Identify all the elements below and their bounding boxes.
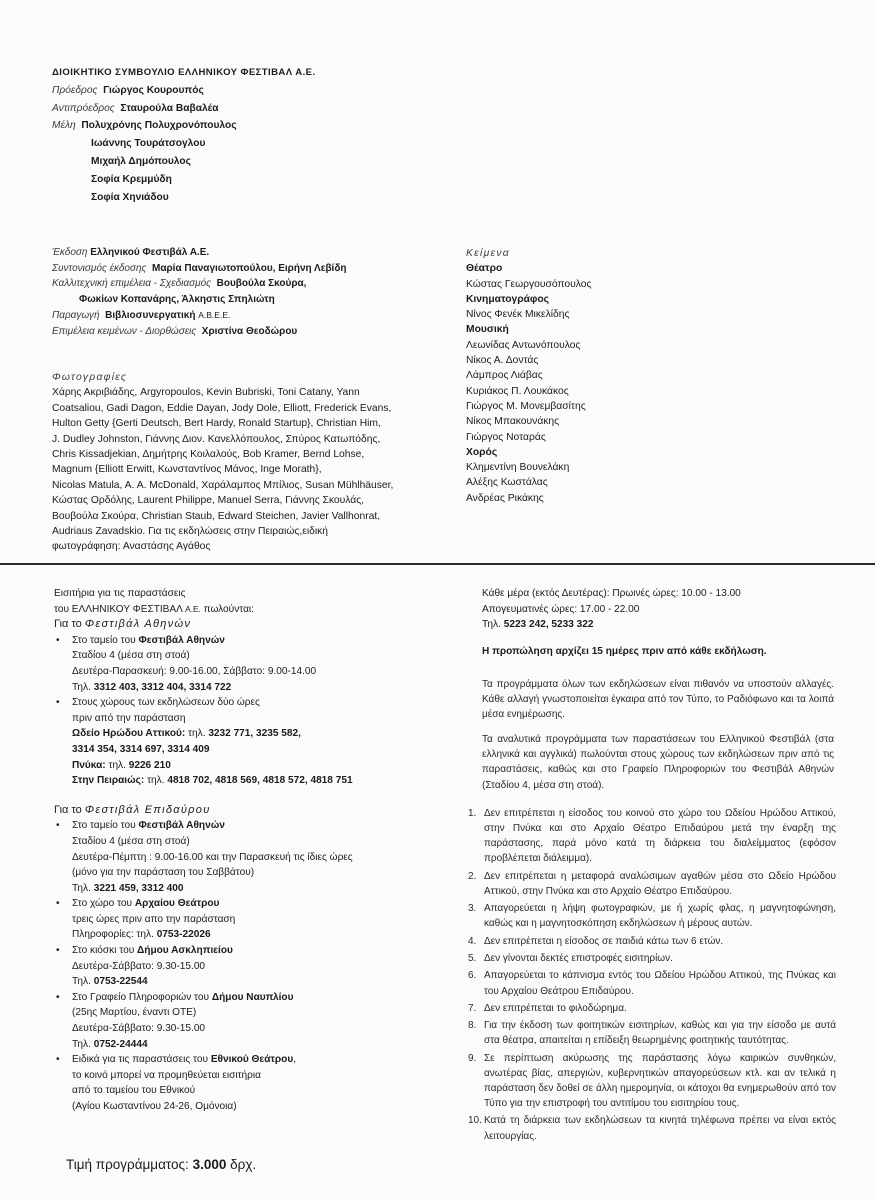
text: τρεις ώρες πριν απο την παράσταση [54, 912, 444, 928]
member-name: Μιχαήλ Δημόπουλος [52, 153, 316, 171]
hours: Δευτέρα-Σάββατο: 9.30-15.00 [54, 959, 444, 975]
rule-text: Δεν επιτρέπεται η μεταφορά αναλώσιμων αγ… [484, 871, 836, 897]
presale-notice: Η προπώληση αρχίζει 15 ημέρες πριν από κ… [482, 646, 767, 657]
tel-numbers: 4818 702, 4818 569, 4818 572, 4818 751 [167, 775, 352, 786]
author-name: Κυριάκος Π. Λουκάκος [466, 384, 591, 399]
text-sections: ΘέατροΚώστας ΓεωργουσόπουλοςΚινηματογράφ… [466, 261, 591, 506]
author-name: Κλημεντίνη Βουνελάκη [466, 460, 591, 475]
production-suffix: Α.Β.Ε.Ε. [198, 310, 230, 320]
venue-name: Αρχαίου Θεάτρου [135, 898, 219, 909]
text: Στο ταμείο του [72, 820, 136, 831]
member-name: Ιωάννης Τουράτσογλου [52, 135, 316, 153]
photo-credit-line: Nicolas Matula, A. A. McDonald, Χαράλαμπ… [52, 478, 452, 493]
note: (μόνο για την παράσταση του Σαββάτου) [54, 865, 444, 881]
nafplio-info-office: Στο Γραφείο Πληροφοριών του Δήμου Ναυπλί… [54, 990, 444, 1006]
rule-number: 10. [468, 1113, 484, 1128]
text: Ειδικά για τις παραστάσεις του [72, 1054, 208, 1065]
tickets-intro-2: του ΕΛΛΗΝΙΚΟΥ ΦΕΣΤΙΒΑΛ [54, 604, 182, 615]
hours-line-2: Απογευματινές ώρες: 17.00 - 22.00 [482, 602, 741, 618]
hours-line-1: Κάθε μέρα (εκτός Δευτέρας): Πρωινές ώρες… [482, 586, 741, 602]
tel-numbers: 0753-22544 [94, 976, 148, 987]
info-label: Πληροφορίες: τηλ. [72, 929, 154, 940]
athens-box-office: Στο ταμείο του Φεστιβάλ Αθηνών [54, 818, 444, 834]
odeio-label: Ωδείο Ηρώδου Αττικού: [72, 728, 185, 739]
text: το κοινό μπορεί να προμηθεύεται εισιτήρι… [54, 1068, 444, 1084]
photo-credit-lines: Χάρης Ακριβιάδης, Argyropoulos, Kevin Bu… [52, 385, 452, 554]
board-of-directors: ΔΙΟΙΚΗΤΙΚΟ ΣΥΜΒΟΥΛΙΟ ΕΛΛΗΝΙΚΟΥ ΦΕΣΤΙΒΑΛ … [52, 64, 316, 206]
address: Σταδίου 4 (μέσα στη στοά) [54, 648, 444, 664]
author-name: Κώστας Γεωργουσόπουλος [466, 277, 591, 292]
author-name: Λάμπρος Λιάβας [466, 368, 591, 383]
address: Σταδίου 4 (μέσα στη στοά) [54, 834, 444, 850]
rule-number: 3. [468, 901, 484, 916]
rule-item: 10.Κατά τη διάρκεια των εκδηλώσεων τα κι… [468, 1113, 836, 1143]
rule-text: Απαγορεύεται η λήψη φωτογραφιών, με ή χω… [484, 903, 836, 929]
photo-credit-line: Chris Kissadjekian, Δημήτρης Κοιλαλούς, … [52, 447, 452, 462]
price-label: Τιμή προγράμματος: [66, 1157, 189, 1172]
tel-label: Τηλ. [482, 619, 501, 630]
tel-label: Τηλ. [72, 682, 91, 693]
vice-president-label: Αντιπρόεδρος [52, 103, 115, 114]
photo-credit-line: Magnum {Elliott Erwitt, Κωνσταντίνος Μάν… [52, 462, 452, 477]
tel-label: Τηλ. [72, 1039, 91, 1050]
athens-festival-heading: Φεστιβάλ Αθηνών [85, 618, 191, 630]
rule-item: 9.Σε περίπτωση ακύρωσης της παράστασης λ… [468, 1051, 836, 1111]
board-title: ΔΙΟΙΚΗΤΙΚΟ ΣΥΜΒΟΥΛΙΟ ΕΛΛΗΝΙΚΟΥ ΦΕΣΤΙΒΑΛ … [52, 64, 316, 82]
vice-president-name: Σταυρούλα Βαβαλέα [120, 103, 218, 114]
address: (Αγίου Κωσταντίνου 24-26, Ομόνοια) [54, 1099, 444, 1115]
tel-label: τηλ. [188, 728, 205, 739]
tel-numbers: 0752-24444 [94, 1039, 148, 1050]
ae-suffix: Α.Ε. [185, 604, 201, 614]
text: πριν από την παράσταση [54, 711, 444, 727]
photo-credit-line: Hulton Getty {Gerti Deutsch, Bert Hardy,… [52, 416, 452, 431]
ticket-info: Εισιτήρια για τις παραστάσεις του ΕΛΛΗΝΙ… [54, 586, 444, 1115]
text: Στο κιόσκι του [72, 945, 134, 956]
rule-text: Δεν επιτρέπεται η είσοδος του κοινού στο… [484, 808, 836, 864]
texts-label: Κείμενα [466, 246, 591, 261]
punct: , [293, 1054, 296, 1065]
venue-name: Φεστιβάλ Αθηνών [138, 635, 224, 646]
president-name: Γιώργος Κουρουπός [103, 85, 204, 96]
rule-number: 8. [468, 1018, 484, 1033]
peiraios-label: Στην Πειραιώς: [72, 775, 144, 786]
tel-label: τηλ. [108, 760, 125, 771]
text-credits: Κείμενα ΘέατροΚώστας ΓεωργουσόπουλοςΚινη… [466, 246, 591, 506]
rule-text: Απαγορεύεται το κάπνισμα εντός του Ωδείο… [484, 970, 836, 996]
coordination: Μαρία Παναγιωτοπούλου, Ειρήνη Λεβίδη [152, 263, 347, 274]
paragraph: Τα προγράμματα όλων των εκδηλώσεων είναι… [482, 677, 834, 723]
text: Στο ταμείο του [72, 635, 136, 646]
program-price: Τιμή προγράμματος: 3.000 δρχ. [66, 1157, 256, 1172]
section-divider [0, 563, 875, 565]
photo-credit-line: Βουβούλα Σκούρα, Christian Staub, Edward… [52, 509, 452, 524]
venue-name: Φεστιβάλ Αθηνών [138, 820, 224, 831]
art-direction: Βουβούλα Σκούρα, [217, 278, 307, 289]
author-name: Γιώργος Νοταράς [466, 430, 591, 445]
tel-numbers: 3312 403, 3312 404, 3314 722 [94, 682, 232, 693]
author-name: Λεωνίδας Αντωνόπουλος [466, 338, 591, 353]
author-name: Νίκος Α. Δοντάς [466, 353, 591, 368]
text-section-heading: Χορός [466, 445, 591, 460]
rule-number: 6. [468, 968, 484, 983]
photo-credit-line: Audriaus Zavadskio. Για τις εκδηλώσεις σ… [52, 524, 452, 539]
address: (25ης Μαρτίου, έναντι ΟΤΕ) [54, 1005, 444, 1021]
rule-number: 9. [468, 1051, 484, 1066]
tel-numbers: 3232 771, 3235 582, [208, 728, 301, 739]
author-name: Νίκος Μπακουνάκης [466, 414, 591, 429]
price-value: 3.000 [193, 1157, 227, 1172]
member-name: Σοφία Κρεμμύδη [52, 171, 316, 189]
text: Στο χώρο του [72, 898, 132, 909]
tickets-intro: Εισιτήρια για τις παραστάσεις [54, 586, 444, 602]
rule-item: 4.Δεν επιτρέπεται η είσοδος σε παιδιά κά… [468, 934, 836, 949]
production-label: Παραγωγή [52, 310, 100, 321]
author-name: Ανδρέας Ρικάκης [466, 491, 591, 506]
rule-text: Δεν γίνονται δεκτές επιστροφές εισιτηρίω… [484, 953, 673, 964]
publisher-label: Έκδοση [52, 247, 87, 258]
hours: Δευτέρα-Σάββατο: 9.30-15.00 [54, 1021, 444, 1037]
venue-name: Εθνικού Θεάτρου [211, 1054, 293, 1065]
tel-label: Τηλ. [72, 883, 91, 894]
art-direction-cont: Φωκίων Κοπανάρης, Άλκηστις Σπηλιώτη [52, 292, 347, 308]
photo-credit-line: φωτογράφηση: Αναστάσης Αγάθος [52, 539, 452, 554]
editing-label: Επιμέλεια κειμένων - Διορθώσεις [52, 326, 196, 337]
coordination-label: Συντονισμός έκδοσης [52, 263, 146, 274]
hours: Δευτέρα-Πέμπτη : 9.00-16.00 και την Παρα… [54, 850, 444, 866]
rule-number: 7. [468, 1001, 484, 1016]
tel-label: Τηλ. [72, 976, 91, 987]
photo-credit-line: Χάρης Ακριβιάδης, Argyropoulos, Kevin Bu… [52, 385, 452, 400]
rule-item: 7.Δεν επιτρέπεται το φιλοδώρημα. [468, 1001, 836, 1016]
rule-item: 2.Δεν επιτρέπεται η μεταφορά αναλώσιμων … [468, 869, 836, 899]
pnyka-label: Πνύκα: [72, 760, 106, 771]
asklipieio-kiosk: Στο κιόσκι του Δήμου Ασκληπιείου [54, 943, 444, 959]
photo-credit-line: J. Dudley Johnston, Γιάννης Διον. Κανελλ… [52, 432, 452, 447]
rule-text: Για την έκδοση των φοιτητικών εισιτηρίων… [484, 1020, 836, 1046]
rule-number: 2. [468, 869, 484, 884]
epidaurus-festival-heading: Φεστιβάλ Επιδαύρου [85, 804, 211, 816]
member-name: Σοφία Χηνιάδου [52, 189, 316, 207]
text: από το ταμείου του Εθνικού [54, 1083, 444, 1099]
photo-credits: Φωτογραφίες Χάρης Ακριβιάδης, Argyropoul… [52, 370, 452, 555]
rule-number: 5. [468, 951, 484, 966]
tel-label: τηλ. [147, 775, 164, 786]
rule-item: 3.Απαγορεύεται η λήψη φωτογραφιών, με ή … [468, 901, 836, 931]
tickets-intro-3: πωλούνται: [204, 604, 254, 615]
rules-list: 1.Δεν επιτρέπεται η είσοδος του κοινού σ… [468, 806, 836, 1146]
edition-credits: Έκδοση Ελληνικού Φεστιβάλ Α.Ε. Συντονισμ… [52, 245, 347, 339]
photo-credit-line: Κώστας Ορδόλης, Laurent Philippe, Manuel… [52, 493, 452, 508]
epidaurus-heading-prefix: Για το [54, 804, 82, 816]
paragraph: Τα αναλυτικά προγράμματα των παραστάσεων… [482, 732, 834, 793]
text-section-heading: Κινηματογράφος [466, 292, 591, 307]
photos-label: Φωτογραφίες [52, 370, 452, 385]
price-currency: δρχ. [230, 1157, 256, 1172]
rule-item: 5.Δεν γίνονται δεκτές επιστροφές εισιτηρ… [468, 951, 836, 966]
author-name: Νίνος Φενέκ Μικελίδης [466, 307, 591, 322]
venue-name: Δήμου Ναυπλίου [212, 992, 294, 1003]
art-direction-label: Καλλιτεχνική επιμέλεια - Σχεδιασμός [52, 278, 211, 289]
production: Βιβλιοσυνεργατική [105, 310, 195, 321]
program-booklet-note: Τα αναλυτικά προγράμματα των παραστάσεων… [482, 732, 834, 793]
info-office-hours: Κάθε μέρα (εκτός Δευτέρας): Πρωινές ώρες… [482, 586, 741, 633]
rule-text: Κατά τη διάρκεια των εκδηλώσεων τα κινητ… [484, 1115, 836, 1141]
tel-numbers: 0753-22026 [157, 929, 211, 940]
tel-numbers: 3221 459, 3312 400 [94, 883, 184, 894]
program-changes-note: Τα προγράμματα όλων των εκδηλώσεων είναι… [482, 677, 834, 723]
athens-heading-prefix: Για το [54, 618, 82, 630]
rule-item: 8.Για την έκδοση των φοιτητικών εισιτηρί… [468, 1018, 836, 1048]
text-section-heading: Μουσική [466, 322, 591, 337]
national-theatre-tickets: Ειδικά για τις παραστάσεις του Εθνικού Θ… [54, 1052, 444, 1068]
rule-text: Σε περίπτωση ακύρωσης της παράστασης λόγ… [484, 1053, 836, 1109]
venue-name: Δήμου Ασκληπιείου [137, 945, 233, 956]
member-name: Πολυχρόνης Πολυχρονόπουλος [81, 120, 236, 131]
members-label: Μέλη [52, 120, 76, 131]
rule-item: 6.Απαγορεύεται το κάπνισμα εντός του Ωδε… [468, 968, 836, 998]
hours: Δευτέρα-Παρασκευή: 9.00-16.00, Σάββατο: … [54, 664, 444, 680]
editing: Χριστίνα Θεοδώρου [202, 326, 297, 337]
text-section-heading: Θέατρο [466, 261, 591, 276]
tel-numbers: 5223 242, 5233 322 [504, 619, 594, 630]
tel-numbers: 9226 210 [129, 760, 171, 771]
ancient-theatre-box-office: Στο χώρο του Αρχαίου Θεάτρου [54, 896, 444, 912]
rule-text: Δεν επιτρέπεται το φιλοδώρημα. [484, 1003, 627, 1014]
tel-numbers: 3314 354, 3314 697, 3314 409 [54, 742, 444, 758]
rule-text: Δεν επιτρέπεται η είσοδος σε παιδιά κάτω… [484, 936, 723, 947]
text: Στο Γραφείο Πληροφοριών του [72, 992, 209, 1003]
author-name: Αλέξης Κωστάλας [466, 475, 591, 490]
author-name: Γιώργος Μ. Μονεμβασίτης [466, 399, 591, 414]
publisher: Ελληνικού Φεστιβάλ Α.Ε. [90, 247, 209, 258]
rule-number: 4. [468, 934, 484, 949]
photo-credit-line: Coatsaliou, Gadi Dagon, Eddie Dayan, Jod… [52, 401, 452, 416]
venues-before-show: Στους χώρους των εκδηλώσεων δύο ώρες [54, 695, 444, 711]
president-label: Πρόεδρος [52, 85, 97, 96]
rule-item: 1.Δεν επιτρέπεται η είσοδος του κοινού σ… [468, 806, 836, 866]
rule-number: 1. [468, 806, 484, 821]
athens-box-office: Στο ταμείο του Φεστιβάλ Αθηνών [54, 633, 444, 649]
